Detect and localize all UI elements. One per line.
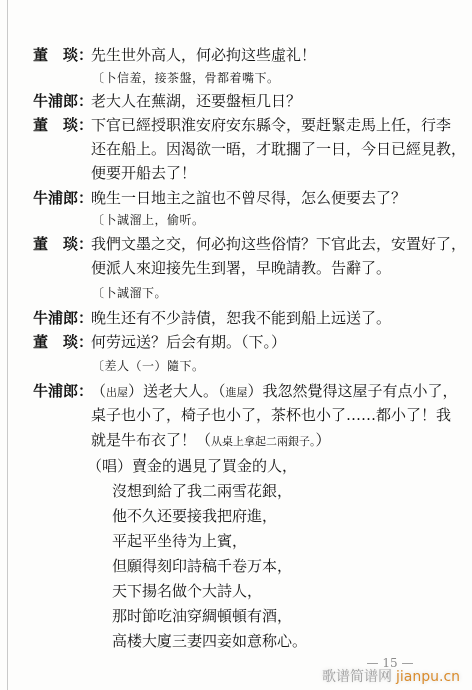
speech-text: 还在船上。因渴欲一晤，才耽擱了一日，今日已經見教， bbox=[91, 137, 466, 161]
stage-direction-text: 〔差人（一）隨下。 bbox=[92, 354, 205, 378]
speech-text: 先生世外高人，何必拘这些虛礼！ bbox=[91, 43, 316, 67]
speaker-name: 董 琰 bbox=[22, 113, 78, 137]
speaker-name: 董 琰 bbox=[22, 232, 78, 256]
speech-text: 便要开船去了！ bbox=[91, 161, 196, 185]
page-margin-rule bbox=[7, 0, 8, 690]
speech-fragment: ）送老大人。（ bbox=[128, 382, 226, 400]
verse-text: 高楼大廈三妻四妾如意称心。 bbox=[112, 629, 307, 653]
stage-direction-text: 〔卜誠溜下。 bbox=[92, 281, 167, 305]
speech-text: 晚生还有不少詩債，恕我不能到船上远送了。 bbox=[91, 306, 391, 330]
speech-text: 桌子也小了，椅子也小了，茶杯也小了……都小了！我 bbox=[91, 403, 451, 427]
speaker-colon: ： bbox=[78, 43, 90, 67]
verse-text: 但願得刻印詩稿千卷万本， bbox=[112, 554, 292, 578]
speech-text: （出屋）送老大人。（進屋）我忽然覺得这屋子有点小了， bbox=[91, 379, 458, 405]
verse-text: 天下揚名做个大詩人， bbox=[112, 579, 262, 603]
speaker-name: 牛浦郎 bbox=[22, 89, 78, 113]
inline-stage-direction: 進屋 bbox=[226, 386, 248, 399]
speaker-colon: ： bbox=[78, 186, 90, 210]
verse-text: 他不久还要接我把府進， bbox=[112, 504, 277, 528]
inline-stage-direction: 出屋 bbox=[106, 386, 128, 399]
speech-text: 何劳远送？后会有期。（下。） bbox=[91, 330, 286, 354]
speech-text: 下官已經授职淮安府安东縣令，要赶緊走馬上任，行李 bbox=[91, 113, 451, 137]
speaker-name: 董 琰 bbox=[22, 43, 78, 67]
stage-direction-text: 〔卜誠溜上，偷听。 bbox=[92, 208, 205, 232]
speaker-colon: ： bbox=[78, 89, 90, 113]
speaker-colon: ： bbox=[78, 232, 90, 256]
speech-fragment: 就是牛布衣了！（ bbox=[91, 431, 211, 449]
verse-text: 平起平坐待为上賓， bbox=[112, 529, 247, 553]
speaker-name: 董 琰 bbox=[22, 330, 78, 354]
watermark: 歌谱简谱网jianpu.cn bbox=[322, 666, 460, 686]
paren: ） bbox=[316, 431, 331, 449]
speaker-colon: ： bbox=[78, 330, 90, 354]
speaker-colon: ： bbox=[78, 306, 90, 330]
speech-text: 老大人在蕪湖，还要盤桓几日？ bbox=[91, 89, 301, 113]
speech-text: 我們文墨之交，何必拘这些俗情？下官此去，安置好了， bbox=[91, 232, 466, 256]
verse-text: 那时節吃油穿綢頓頓有酒， bbox=[112, 604, 292, 628]
speaker-name: 牛浦郎 bbox=[22, 379, 78, 403]
verse-text: 沒想到給了我二兩雪花銀， bbox=[112, 479, 292, 503]
inline-stage-direction: 从桌上拿起二兩銀子。 bbox=[211, 435, 316, 448]
speaker-colon: ： bbox=[78, 113, 90, 137]
watermark-site-name: 歌谱简谱网 bbox=[322, 669, 392, 685]
speaker-name: 牛浦郎 bbox=[22, 306, 78, 330]
speech-text: 就是牛布衣了！（从桌上拿起二兩銀子。） bbox=[91, 428, 331, 454]
stage-direction-text: 〔卜信羞，接茶盤，骨都着嘴下。 bbox=[92, 66, 280, 90]
speaker-colon: ： bbox=[78, 379, 90, 403]
verse-text: 賣金的遇見了買金的人， bbox=[132, 457, 297, 475]
sing-marker: （唱）賣金的遇見了買金的人， bbox=[87, 454, 297, 478]
speaker-name: 牛浦郎 bbox=[22, 186, 78, 210]
speech-text: 晚生一日地主之誼也不曾尽得，怎么便要去了？ bbox=[91, 186, 406, 210]
sing-tag-text: （唱） bbox=[87, 457, 132, 475]
speech-fragment: ）我忽然覺得这屋子有点小了， bbox=[248, 382, 458, 400]
watermark-domain: jianpu.cn bbox=[396, 669, 460, 685]
paren: （ bbox=[91, 382, 106, 400]
speech-text: 便派人來迎接先生到署，早晚請教。告辭了。 bbox=[91, 256, 391, 280]
